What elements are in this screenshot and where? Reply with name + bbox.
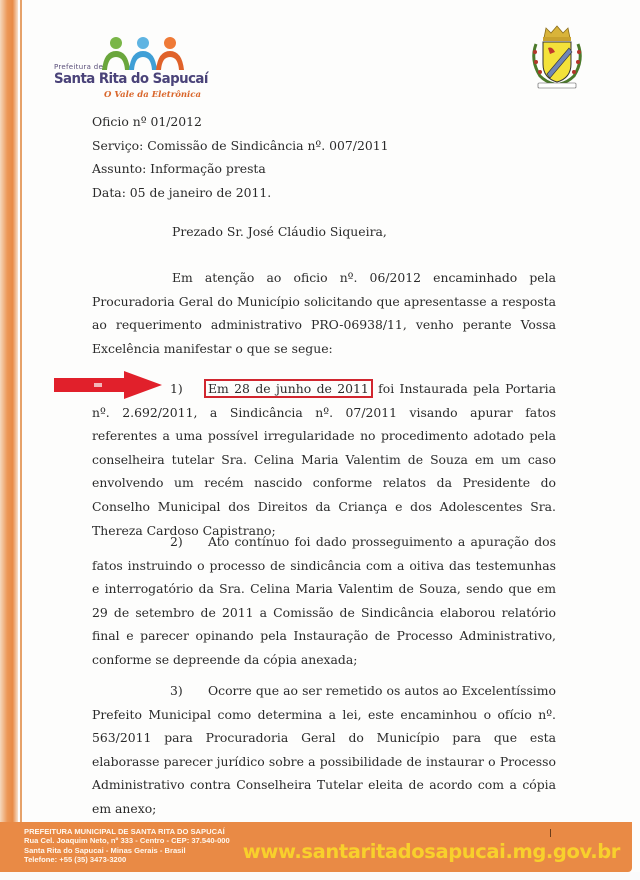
oficio-number: Oficio nº 01/2012 [92,110,556,134]
footer-phone: Telefone: +55 (35) 3473-3200 [24,855,230,864]
letterhead-footer: PREFEITURA MUNICIPAL DE SANTA RITA DO SA… [0,822,632,872]
highlighted-date: Em 28 de junho de 2011 [204,379,373,398]
people-logo-icon [100,36,190,72]
item-1-number: 1) [170,377,208,401]
municipality-logo: Prefeitura de Santa Rita do Sapucaí O Va… [54,36,194,106]
page-mark [550,829,551,837]
logo-city-name: Santa Rita do Sapucaí [54,71,208,87]
item-2-text: Ato contínuo foi dado prosseguimento a a… [92,534,556,667]
intro-paragraph: Em atenção ao oficio nº. 06/2012 encamin… [92,266,556,360]
footer-website-link[interactable]: www.santaritadosapucai.mg.gov.br [243,840,620,863]
item-1-text: foi Instaurada pela Portaria nº. 2.692/2… [92,381,556,538]
footer-street: Rua Cel. Joaquim Neto, nº 333 - Centro -… [24,836,230,845]
item-2-number: 2) [170,530,208,554]
letterhead-side-stripe [0,0,18,822]
coat-of-arms-icon [528,24,586,92]
logo-slogan: O Vale da Eletrônica [104,90,201,100]
page-bottom-edge [0,872,640,880]
item-2-paragraph: 2)Ato contínuo foi dado prosseguimento a… [92,530,556,672]
assunto-line: Assunto: Informação presta [92,157,556,181]
item-3-number: 3) [170,679,208,703]
item-1-paragraph: 1)Em 28 de junho de 2011 foi Instaurada … [92,377,556,542]
letter-header: Oficio nº 01/2012 Serviço: Comissão de S… [92,110,556,204]
footer-org-name: PREFEITURA MUNICIPAL DE SANTA RITA DO SA… [24,827,230,836]
item-3-paragraph: 3)Ocorre que ao ser remetido os autos ao… [92,679,556,821]
logo-prefix: Prefeitura de [54,63,103,71]
footer-address: PREFEITURA MUNICIPAL DE SANTA RITA DO SA… [24,827,230,865]
intro-text: Em atenção ao oficio nº. 06/2012 encamin… [92,270,556,356]
date-line: Data: 05 de janeiro de 2011. [92,181,556,205]
footer-city: Santa Rita do Sapucai - Minas Gerais - B… [24,846,230,855]
servico-line: Serviço: Comissão de Sindicância nº. 007… [92,134,556,158]
item-3-text: Ocorre que ao ser remetido os autos ao E… [92,683,556,816]
salutation: Prezado Sr. José Cláudio Siqueira, [172,224,387,239]
letterhead-side-line [20,0,22,822]
